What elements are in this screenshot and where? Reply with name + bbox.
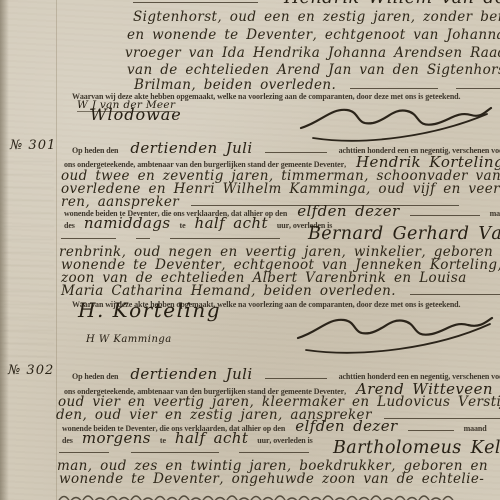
blank-rule xyxy=(170,229,280,239)
blank-rule xyxy=(136,229,150,239)
registrar-signature-flourish xyxy=(295,98,495,142)
blank-rule xyxy=(410,285,500,295)
blank-rule xyxy=(265,369,327,379)
printed-text: Op heden den xyxy=(72,146,118,155)
blank-rule xyxy=(61,229,116,239)
blank-rule xyxy=(133,0,258,3)
printed-text: Op heden den xyxy=(72,372,118,381)
witness-signature: H. Korteling xyxy=(78,298,221,322)
handwritten-line: wonende te Deventer, ongehuwde zoon van … xyxy=(59,471,484,487)
blank-rule xyxy=(410,206,480,216)
handwritten-deceased-name: Bernard Gerhard Va- xyxy=(308,224,500,244)
witness-signature: H W Kamminga xyxy=(86,334,172,345)
registrar-signature-flourish xyxy=(292,306,497,358)
printed-text: maand xyxy=(464,424,487,433)
blank-rule xyxy=(59,443,109,453)
margin-number-301: № 301 xyxy=(10,138,56,153)
handwritten-line: Sigtenhorst, oud een en zestig jaren, zo… xyxy=(133,9,500,25)
margin-fold-line xyxy=(56,0,57,500)
printed-text: maand xyxy=(490,209,500,218)
handwritten-line: van de echtelieden Arend Jan van den Sig… xyxy=(127,62,500,78)
bleed-through-texture xyxy=(4,150,54,370)
handwritten-line: en wonende te Deventer, echtgenoot van J… xyxy=(127,27,500,43)
blank-rule xyxy=(456,79,500,89)
cutoff-top-line: Hendrik Willem van den xyxy=(133,0,500,6)
handwritten-date: dertienden Juli xyxy=(130,365,252,383)
blank-rule xyxy=(131,443,219,453)
witness-signature: Wlodowae xyxy=(90,105,182,124)
handwritten-deceased-name: Bartholomeus Kelder- xyxy=(333,438,500,458)
register-page-scan: Hendrik Willem van den Sigtenhorst, oud … xyxy=(0,0,500,500)
handwritten-line: vroeger van Ida Hendrika Johanna Arendse… xyxy=(125,45,500,61)
blank-rule xyxy=(408,421,454,431)
handwritten-fragment: Hendrik Willem van den xyxy=(284,0,500,8)
margin-number-302: № 302 xyxy=(8,363,54,378)
blank-rule xyxy=(265,143,327,153)
cutoff-handwriting-line xyxy=(58,489,458,500)
blank-rule xyxy=(239,443,309,453)
